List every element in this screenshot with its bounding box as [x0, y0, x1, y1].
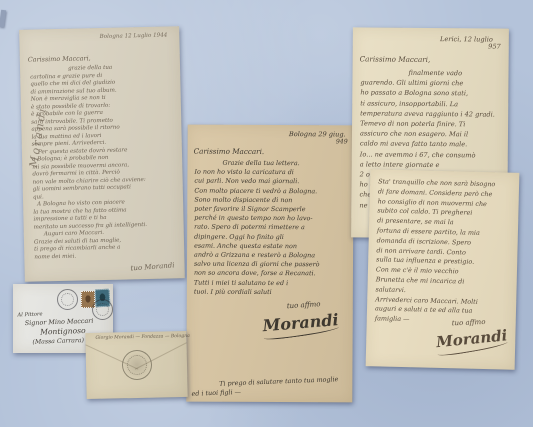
letter-salutation: Carissimo Maccari,: [360, 54, 431, 64]
photo-edge-artifact: [0, 10, 6, 28]
letter-postscript: Ti prego di salutare tanto tua moglieed …: [191, 375, 339, 399]
letter-body: grazie della tuacartolina e grazie pure …: [30, 63, 180, 261]
postmark-circle-icon: [122, 350, 153, 381]
letter-signature: Morandi: [435, 326, 508, 355]
handwritten-line: famiglia —: [375, 315, 514, 328]
letter-date-year: 949: [336, 138, 348, 145]
letter-closing: tuo affmo: [287, 300, 321, 310]
letter-signature: Morandi: [262, 310, 340, 339]
handwritten-line: caldo mi aveva fatto tanto male.: [360, 139, 506, 150]
letter-salutation: Carissimo Maccari.: [194, 147, 265, 156]
letter-date: Lerici, 12 luglio: [440, 35, 493, 43]
letter-signature: tuo Morandi: [130, 261, 174, 272]
letter-1949-page: Bologna 29 giug. 949 Carissimo Maccari. …: [186, 125, 353, 403]
envelope-address: Al PittoreSignor Mino MaccariMontignoso(…: [17, 310, 94, 347]
postmark-circle-icon: [92, 299, 113, 320]
handwritten-line: tuoi. I più cordiali saluti: [194, 287, 350, 297]
handwritten-line: non so ancora dove, forse a Recanati.: [194, 269, 350, 279]
envelope-back: Giorgio Morandi — Fondazza — Bologna: [85, 331, 187, 399]
handwritten-line: rato. Spero di potermi rimettere a: [194, 223, 350, 233]
handwritten-line: ho passato a Bologna sono stati,: [360, 88, 506, 99]
letter-salutation: Carissimo Maccari,: [28, 54, 91, 63]
letter-closing: tuo affmo: [452, 318, 486, 328]
letter-body: Grazie della tua lettera.Io non ho visto…: [194, 159, 351, 298]
letter-body: Sta' tranquillo che non sarà bisognodi f…: [375, 177, 518, 327]
letter-1944-page: Bologna 12 Luglio 1944 Carissimo Maccari…: [19, 26, 185, 282]
letter-1957-page-2: Sta' tranquillo che non sarà bisognodi f…: [366, 169, 520, 370]
postmark-circle-icon: [57, 289, 78, 310]
handwritten-line: cui parli. Non vedo mai giornali.: [194, 177, 350, 187]
letter-date-year: 957: [488, 43, 501, 51]
letter-date: Bologna 29 giug.: [289, 130, 346, 138]
envelope-sender-line: Giorgio Morandi — Fondazza — Bologna: [95, 334, 182, 341]
letter-date: Bologna 12 Luglio 1944: [100, 32, 168, 40]
photo-of-letters: Bologna 12 Luglio 1944 Carissimo Maccari…: [0, 0, 533, 427]
